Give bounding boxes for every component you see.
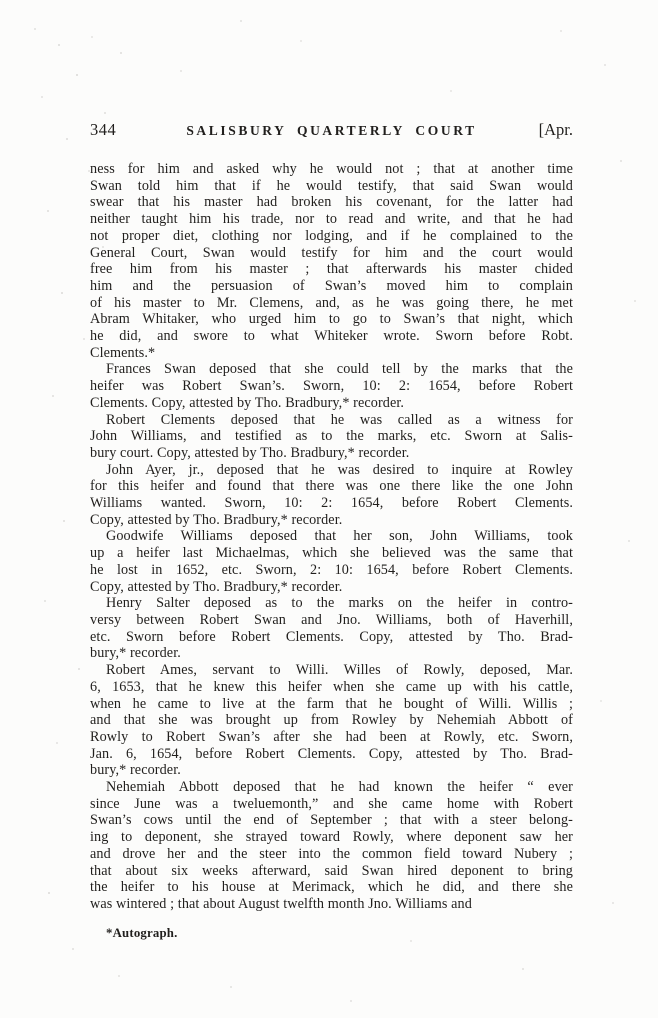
paragraph: Henry Salter deposed as to the marks on … — [90, 595, 573, 662]
text-line: of his master to Mr. Clemens, and, as he… — [90, 295, 573, 312]
text-line: up a heifer last Michaelmas, which she b… — [90, 545, 573, 562]
text-line: he did, and swore to what Whiteker wrote… — [90, 328, 573, 345]
text-line: not proper diet, clothing nor lodging, a… — [90, 228, 573, 245]
text-line: neither taught him his trade, nor to rea… — [90, 211, 573, 228]
text-line: swear that his master had broken his cov… — [90, 194, 573, 211]
text-line: Swan told him that if he would testify, … — [90, 178, 573, 195]
page-body-text: ness for him and asked why he would not … — [90, 161, 573, 913]
text-line: Goodwife Williams deposed that her son, … — [90, 528, 573, 545]
text-line: Robert Ames, servant to Willi. Willes of… — [90, 662, 573, 679]
text-line: and drove her and the steer into the com… — [90, 846, 573, 863]
text-line: etc. Sworn before Robert Clements. Copy,… — [90, 629, 573, 646]
text-line: 6, 1653, that he knew this heifer when s… — [90, 679, 573, 696]
text-line: and that she was brought up from Rowley … — [90, 712, 573, 729]
text-line: he lost in 1652, etc. Sworn, 2: 10: 1654… — [90, 562, 573, 579]
footnote: *Autograph. — [90, 926, 573, 941]
paragraph: Robert Ames, servant to Willi. Willes of… — [90, 662, 573, 779]
text-line: Rowly to Robert Swan’s after she had bee… — [90, 729, 573, 746]
text-line: Nehemiah Abbott deposed that he had know… — [90, 779, 573, 796]
page-content: 344 SALISBURY QUARTERLY COURT [Apr. ness… — [90, 120, 573, 941]
text-line: ing to deponent, she strayed toward Rowl… — [90, 829, 573, 846]
text-line: free him from his master ; that afterwar… — [90, 261, 573, 278]
text-line: Abram Whitaker, who urged him to go to S… — [90, 311, 573, 328]
text-line: Henry Salter deposed as to the marks on … — [90, 595, 573, 612]
paragraph: Goodwife Williams deposed that her son, … — [90, 528, 573, 595]
paragraph: Robert Clements deposed that he was call… — [90, 412, 573, 462]
paragraph: John Ayer, jr., deposed that he was desi… — [90, 462, 573, 529]
text-line: bury,* recorder. — [90, 762, 573, 779]
text-line: bury,* recorder. — [90, 645, 573, 662]
page-number: 344 — [90, 120, 170, 140]
text-line: ness for him and asked why he would not … — [90, 161, 573, 178]
paragraph: Nehemiah Abbott deposed that he had know… — [90, 779, 573, 913]
text-line: bury court. Copy, attested by Tho. Bradb… — [90, 445, 573, 462]
running-title: SALISBURY QUARTERLY COURT — [170, 123, 493, 139]
text-line: since June was a tweluemonth,” and she c… — [90, 796, 573, 813]
text-line: the heifer to his house at Merimack, whi… — [90, 879, 573, 896]
text-line: versy between Robert Swan and Jno. Willi… — [90, 612, 573, 629]
scan-noise — [0, 0, 2, 2]
text-line: Clements. Copy, attested by Tho. Bradbur… — [90, 395, 573, 412]
text-line: Swan’s cows until the end of September ;… — [90, 812, 573, 829]
text-line: Robert Clements deposed that he was call… — [90, 412, 573, 429]
page-header: 344 SALISBURY QUARTERLY COURT [Apr. — [90, 120, 573, 140]
paragraph: Frances Swan deposed that she could tell… — [90, 361, 573, 411]
header-date-bracket: [Apr. — [493, 120, 573, 140]
text-line: Williams wanted. Sworn, 10: 2: 1654, bef… — [90, 495, 573, 512]
text-line: that about six weeks afterward, said Swa… — [90, 863, 573, 880]
scanned-page: 344 SALISBURY QUARTERLY COURT [Apr. ness… — [0, 0, 658, 1018]
text-line: him and the persuasion of Swan’s moved h… — [90, 278, 573, 295]
text-line: Copy, attested by Tho. Bradbury,* record… — [90, 579, 573, 596]
text-line: Jan. 6, 1654, before Robert Clements. Co… — [90, 746, 573, 763]
text-line: Copy, attested by Tho. Bradbury,* record… — [90, 512, 573, 529]
text-line: Frances Swan deposed that she could tell… — [90, 361, 573, 378]
text-line: John Williams, and testified as to the m… — [90, 428, 573, 445]
text-line: heifer was Robert Swan’s. Sworn, 10: 2: … — [90, 378, 573, 395]
text-line: was wintered ; that about August twelfth… — [90, 896, 573, 913]
text-line: Clements.* — [90, 345, 573, 362]
text-line: for this heifer and found that there was… — [90, 478, 573, 495]
text-line: General Court, Swan would testify for hi… — [90, 245, 573, 262]
paragraph: ness for him and asked why he would not … — [90, 161, 573, 361]
text-line: John Ayer, jr., deposed that he was desi… — [90, 462, 573, 479]
text-line: when he came to live at the farm that he… — [90, 696, 573, 713]
